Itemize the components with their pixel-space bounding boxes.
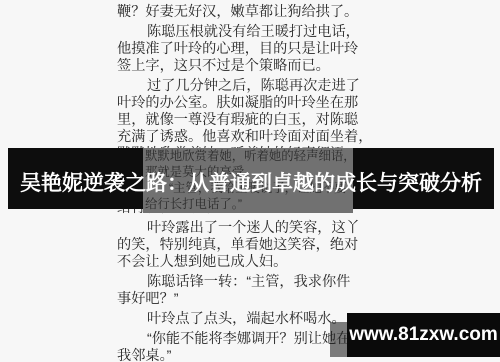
novel-text-line: 鞭？好妻无好汉，嫩草都让狗给拱了。 xyxy=(117,4,385,21)
novel-text-line: 签上字，这只不过是个策略而已。 xyxy=(117,58,385,75)
novel-text-line: 的笑，特别纯真，单看她这笑容，绝对 xyxy=(117,237,385,254)
novel-text-line: 叶玲的办公室。肤如凝脂的叶玲坐在那 xyxy=(117,95,385,112)
novel-text-line: 不会让人想到她已成人妇。 xyxy=(117,254,385,271)
novel-text-line: 他摸准了叶玲的心理，目的只是让叶玲 xyxy=(117,41,385,58)
novel-text-line: 里，就像一尊没有瑕疵的白玉，对陈聪 xyxy=(117,112,385,129)
watermark-url-text: www.81zxw.com xyxy=(349,324,498,346)
watermark-box: www.81zxw.com xyxy=(347,313,500,357)
article-title-text: 吴艳妮逆袭之路：从普通到卓越的成长与突破分析 xyxy=(8,148,494,209)
novel-text-line: 陈聪话锋一转：“主管，我求你件 xyxy=(117,274,385,291)
novel-text-line: 叶玲露出了一个迷人的笑容，这丫 xyxy=(117,220,385,237)
novel-text-line: 充满了诱惑。他喜欢和叶玲面对面坐着， xyxy=(117,129,385,146)
novel-text-line: 过了几分钟之后，陈聪再次走进了 xyxy=(117,78,385,95)
novel-text-line: 陈聪压根就没有给王暖打过电话， xyxy=(117,24,385,41)
watermark-shadow-strip xyxy=(330,322,347,357)
novel-text-line: 事好吧？” xyxy=(117,291,385,308)
